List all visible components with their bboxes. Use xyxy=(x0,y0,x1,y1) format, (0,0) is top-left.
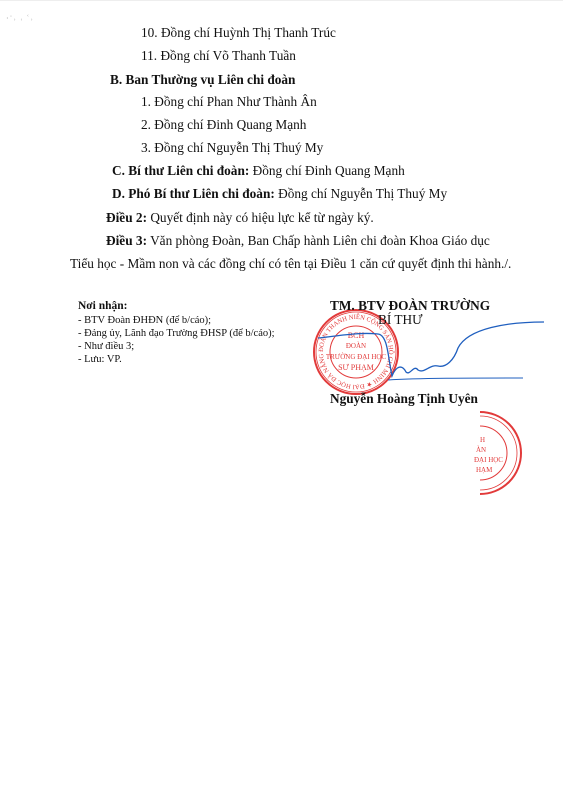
signatory-name: Nguyễn Hoàng Tịnh Uyên xyxy=(330,391,478,407)
article-3-text: Văn phòng Đoàn, Ban Chấp hành Liên chi đ… xyxy=(147,233,490,248)
svg-text:H: H xyxy=(480,436,485,444)
list-item: 3. Đồng chí Nguyễn Thị Thuý My xyxy=(141,140,323,156)
section-c-label: C. Bí thư Liên chi đoàn: xyxy=(112,163,249,178)
section-c: C. Bí thư Liên chi đoàn: Đồng chí Đinh Q… xyxy=(112,163,405,179)
scan-noise: ·˙˒ ˓ ʿ˒ xyxy=(6,14,34,23)
article-3: Điều 3: Văn phòng Đoàn, Ban Chấp hành Li… xyxy=(106,233,490,249)
article-2: Điều 2: Quyết định này có hiệu lực kể từ… xyxy=(106,210,374,226)
signature-title: BÍ THƯ xyxy=(378,312,422,328)
svg-text:ĐẠI HỌC: ĐẠI HỌC xyxy=(474,456,503,464)
list-item: 2. Đồng chí Đinh Quang Mạnh xyxy=(141,117,306,133)
svg-text:HẠM: HẠM xyxy=(476,466,493,474)
recipient-item: - Đảng ủy, Lãnh đạo Trường ĐHSP (để b/cá… xyxy=(78,327,275,340)
list-item: 1. Đồng chí Phan Như Thành Ân xyxy=(141,94,317,110)
list-item: 10. Đồng chí Huỳnh Thị Thanh Trúc xyxy=(141,25,336,41)
svg-text:ÀN: ÀN xyxy=(476,446,486,454)
article-3-label: Điều 3: xyxy=(106,233,147,248)
section-d-value: Đồng chí Nguyễn Thị Thuý My xyxy=(275,186,447,201)
section-b-heading: B. Ban Thường vụ Liên chi đoàn xyxy=(110,72,295,88)
article-2-text: Quyết định này có hiệu lực kể từ ngày ký… xyxy=(147,210,374,225)
section-d-label: D. Phó Bí thư Liên chi đoàn: xyxy=(112,186,275,201)
section-d: D. Phó Bí thư Liên chi đoàn: Đồng chí Ng… xyxy=(112,186,447,202)
recipients-heading: Nơi nhận: xyxy=(78,300,128,313)
recipient-item: - BTV Đoàn ĐHĐN (để b/cáo); xyxy=(78,314,211,327)
page-top-edge xyxy=(0,0,563,1)
list-item: 11. Đồng chí Võ Thanh Tuần xyxy=(141,48,296,64)
recipient-item: - Lưu: VP. xyxy=(78,353,122,366)
article-2-label: Điều 2: xyxy=(106,210,147,225)
section-c-value: Đồng chí Đinh Quang Mạnh xyxy=(249,163,404,178)
recipient-item: - Như điều 3; xyxy=(78,340,134,353)
article-3-continuation: Tiểu học - Mầm non và các đồng chí có tê… xyxy=(70,256,511,272)
partial-seal-icon: H ÀN ĐẠI HỌC HẠM xyxy=(470,410,526,496)
handwritten-signature xyxy=(318,318,548,398)
